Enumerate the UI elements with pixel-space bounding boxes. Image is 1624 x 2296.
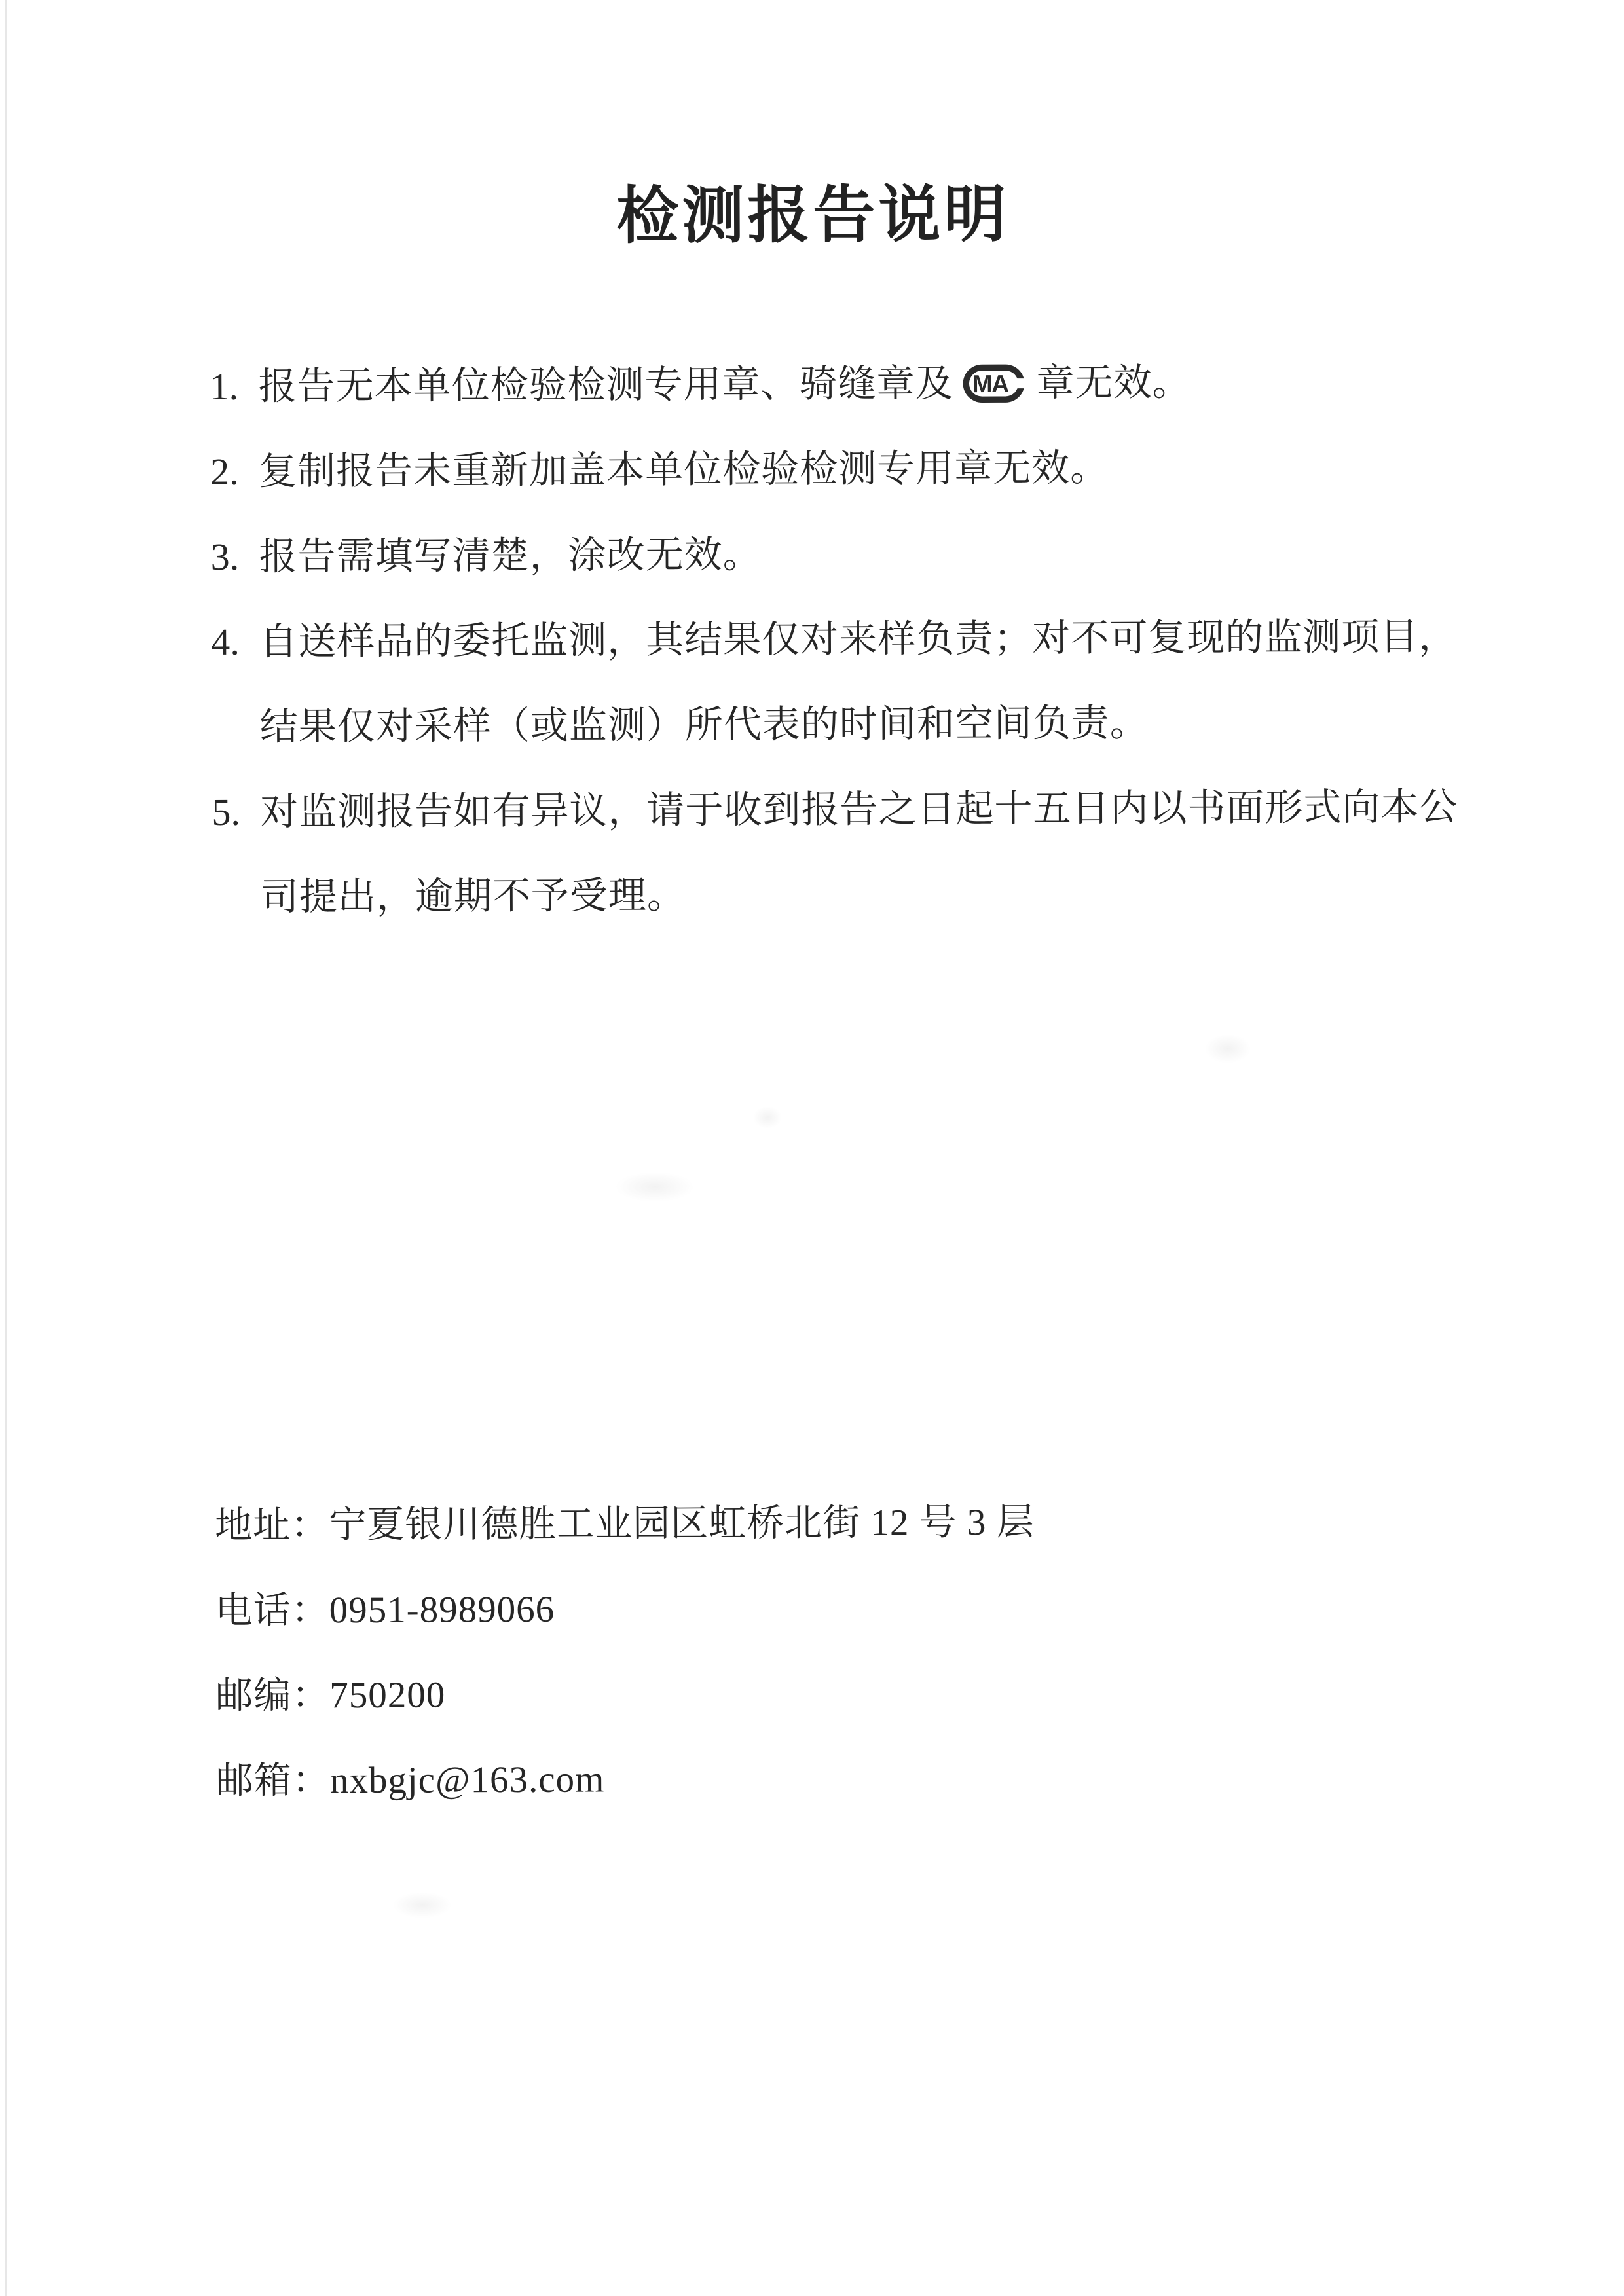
notes-list: 1. 报告无本单位检验检测专用章、骑缝章及 MA 章无效。 2. 复制报告未重新… [210, 339, 1469, 940]
note-line: 报告需填写清楚，涂改无效。 [259, 509, 1468, 600]
contact-email-label: 邮箱： [216, 1760, 330, 1802]
contact-postcode-row: 邮编：750200 [215, 1648, 1624, 1739]
note-line: 自送样品的委托监测，其结果仅对来样负责；对不可复现的监测项目， [259, 594, 1469, 685]
cma-stamp-icon: MA [961, 363, 1025, 404]
note-line: 复制报告未重新加盖本单位检验检测专用章无效。 [259, 424, 1468, 515]
scan-smudge [393, 1892, 452, 1918]
note-number: 5. [212, 770, 261, 855]
note-text-before-stamp: 报告无本单位检验检测专用章、骑缝章及 [258, 362, 953, 408]
list-item: 1. 报告无本单位检验检测专用章、骑缝章及 MA 章无效。 [210, 339, 1467, 429]
list-item: 2. 复制报告未重新加盖本单位检验检测专用章无效。 [210, 424, 1468, 515]
note-body: 自送样品的委托监测，其结果仅对来样负责；对不可复现的监测项目， 结果仅对采样（或… [259, 594, 1469, 770]
note-line: 结果仅对采样（或监测）所代表的时间和空间负责。 [260, 680, 1469, 770]
contact-phone-label: 电话： [215, 1590, 329, 1632]
page-content: 检测报告说明 1. 报告无本单位检验检测专用章、骑缝章及 MA 章无效。 2. … [0, 0, 1624, 1825]
note-line: 司提出，逾期不予受理。 [261, 850, 1470, 940]
note-body: 对监测报告如有异议，请于收到报告之日起十五日内以书面形式向本公 司提出，逾期不予… [260, 765, 1469, 940]
note-body: 复制报告未重新加盖本单位检验检测专用章无效。 [259, 424, 1468, 515]
note-body: 报告无本单位检验检测专用章、骑缝章及 MA 章无效。 [258, 339, 1467, 429]
note-number: 3. [210, 515, 259, 600]
contact-phone-row: 电话：0951-8989066 [215, 1563, 1624, 1654]
list-item: 4. 自送样品的委托监测，其结果仅对来样负责；对不可复现的监测项目， 结果仅对采… [211, 594, 1469, 770]
note-body: 报告需填写清楚，涂改无效。 [259, 509, 1468, 600]
cma-stamp-letters: MA [972, 370, 1010, 397]
document-page: 检测报告说明 1. 报告无本单位检验检测专用章、骑缝章及 MA 章无效。 2. … [0, 0, 1624, 2296]
contact-address-label: 地址： [215, 1505, 329, 1547]
note-number: 4. [211, 600, 260, 685]
contact-block: 地址：宁夏银川德胜工业园区虹桥北街 12 号 3 层 电话：0951-89890… [215, 1478, 1624, 1824]
page-title: 检测报告说明 [0, 0, 1624, 254]
note-line: 对监测报告如有异议，请于收到报告之日起十五日内以书面形式向本公 [260, 765, 1469, 855]
contact-address-row: 地址：宁夏银川德胜工业园区虹桥北街 12 号 3 层 [215, 1478, 1624, 1569]
note-number: 2. [210, 429, 259, 515]
contact-postcode-label: 邮编： [215, 1675, 329, 1717]
list-item: 3. 报告需填写清楚，涂改无效。 [210, 509, 1468, 600]
list-item: 5. 对监测报告如有异议，请于收到报告之日起十五日内以书面形式向本公 司提出，逾… [212, 765, 1469, 940]
contact-address-value: 宁夏银川德胜工业园区虹桥北街 12 号 3 层 [329, 1502, 1035, 1546]
contact-email-row: 邮箱：nxbgjc@163.com [216, 1733, 1624, 1824]
contact-postcode-value: 750200 [329, 1675, 445, 1717]
contact-phone-value: 0951-8989066 [329, 1589, 555, 1631]
note-number: 1. [210, 344, 259, 429]
contact-email-value: nxbgjc@163.com [330, 1759, 605, 1802]
note-text-after-stamp: 章无效。 [1036, 361, 1190, 405]
